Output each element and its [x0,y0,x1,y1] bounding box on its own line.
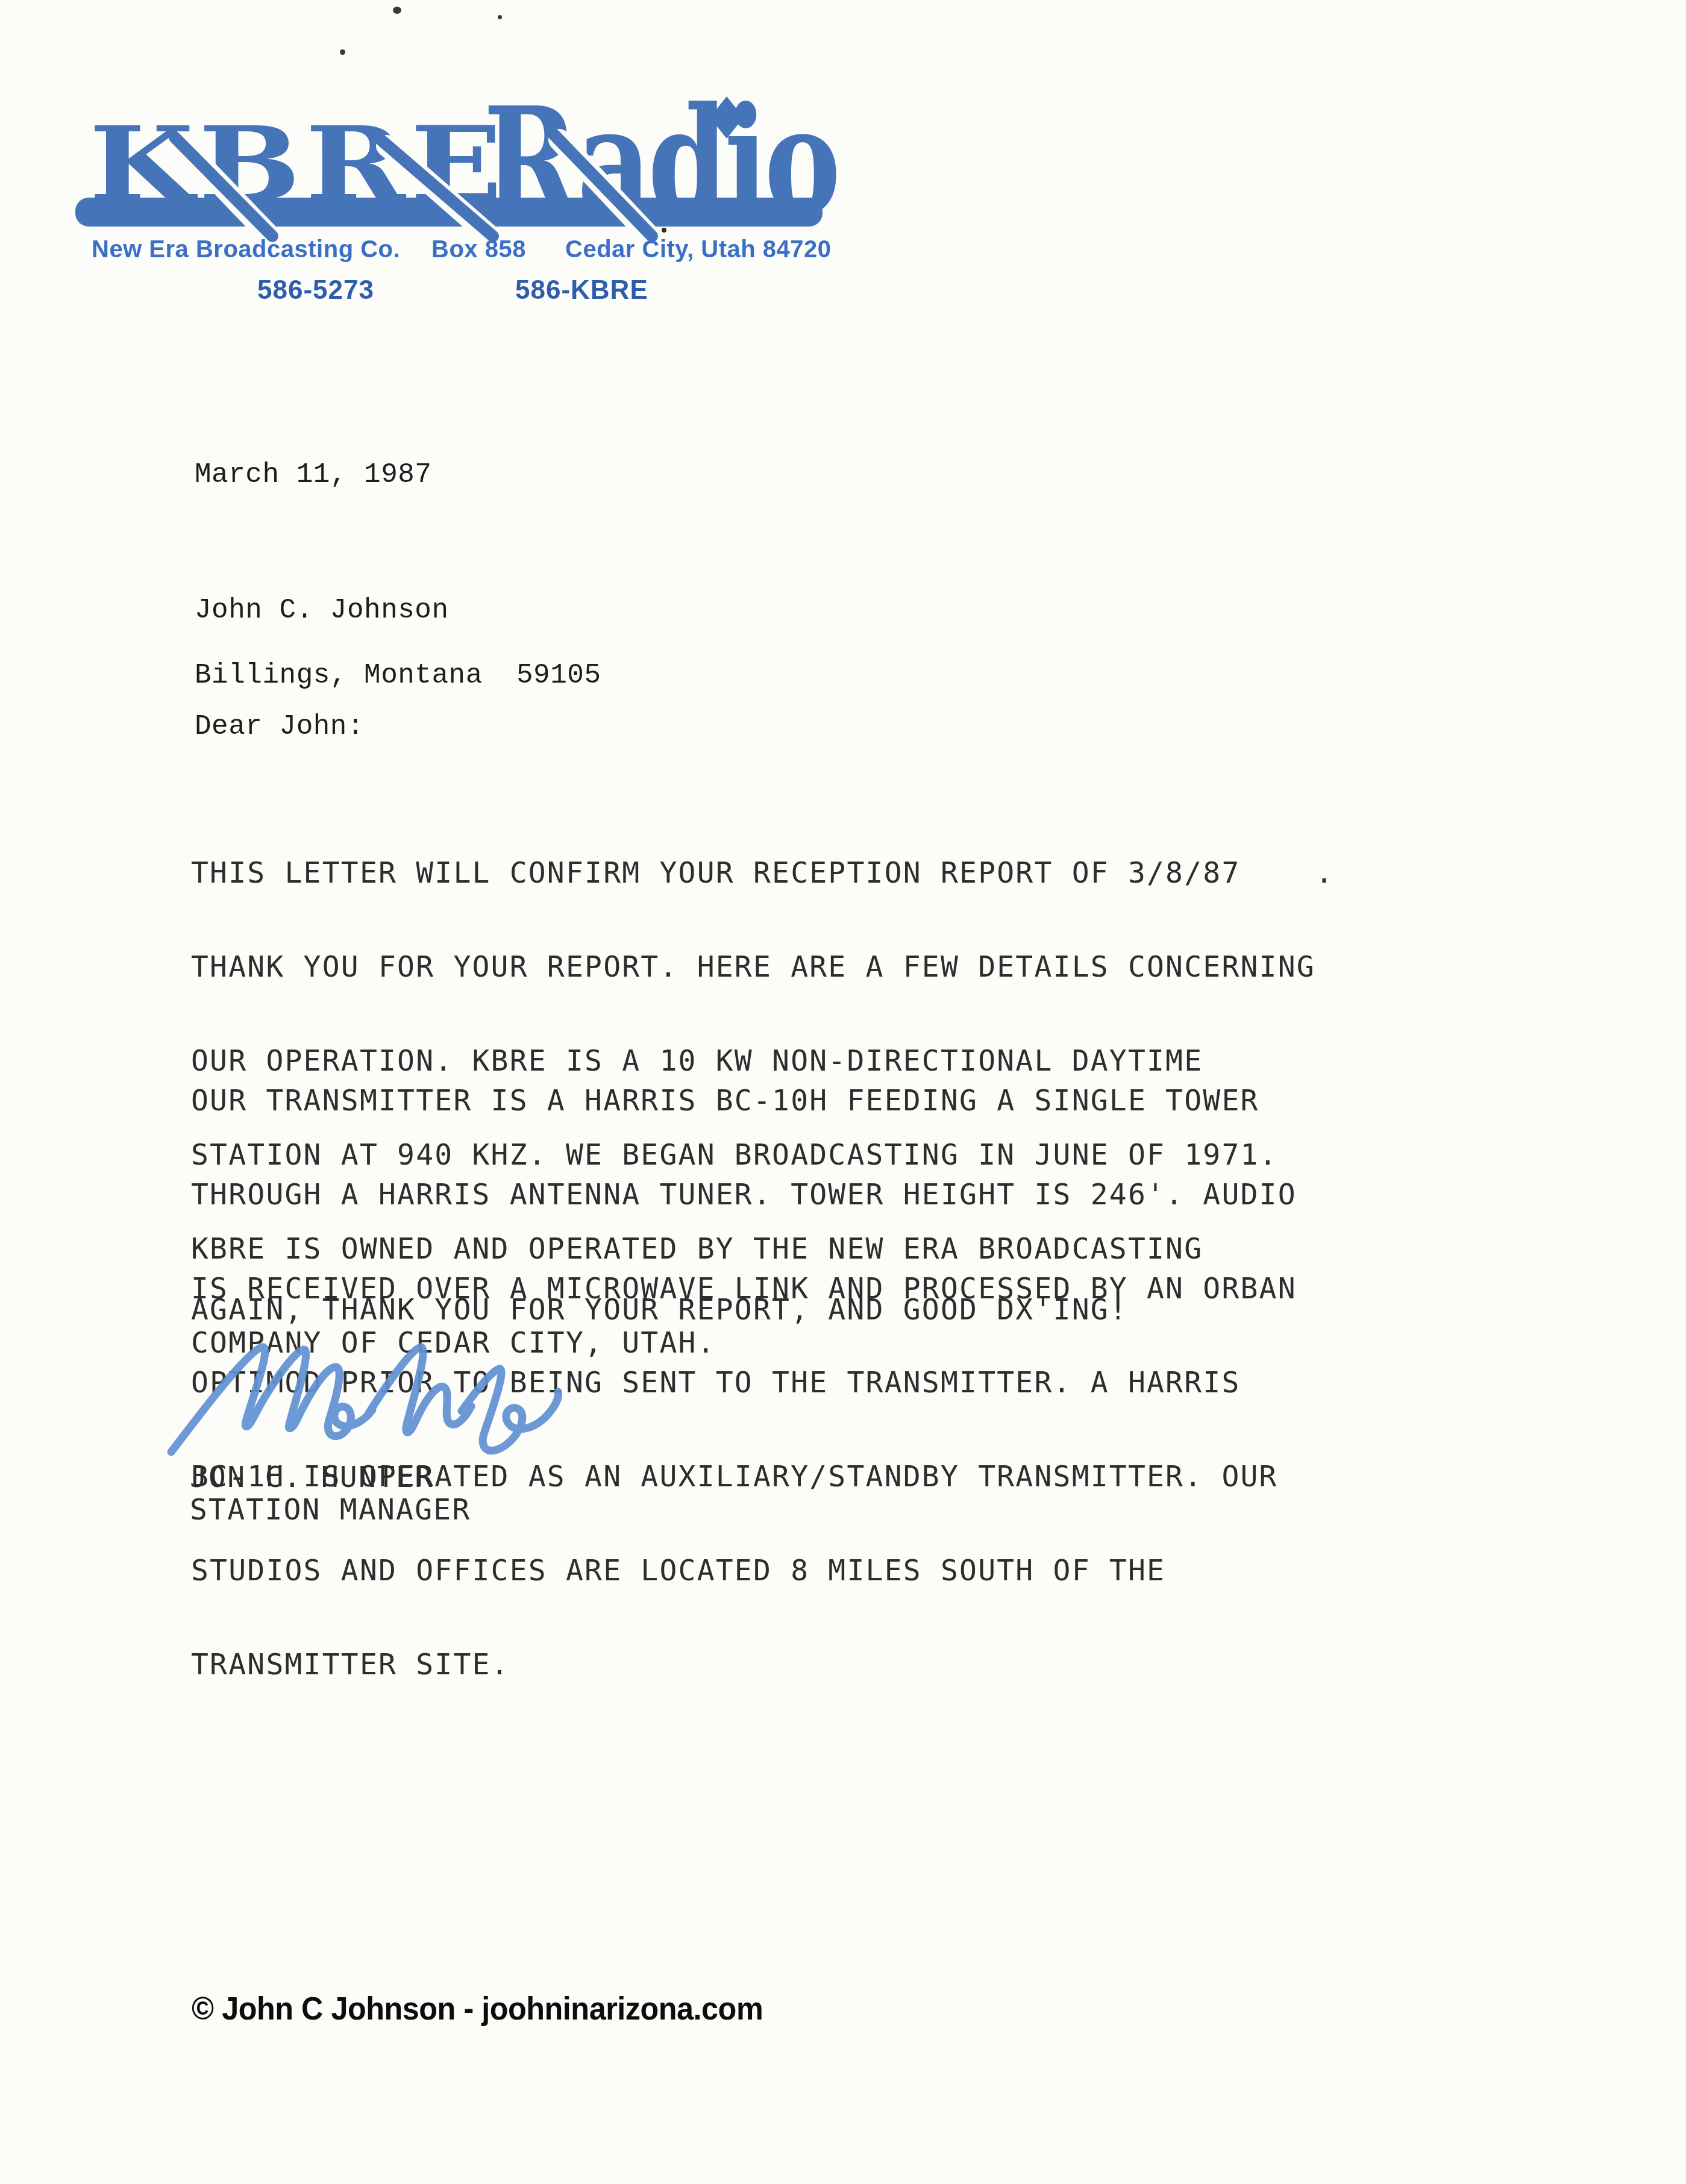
scan-speck [340,49,345,55]
salutation: Dear John: [195,712,364,742]
logo-underline-bar [75,198,823,227]
paragraph-2-line: TRANSMITTER SITE. [191,1649,1297,1680]
scan-speck [393,7,401,14]
copyright-watermark: © John C Johnson - joohninarizona.com [192,1991,763,2027]
letterhead-phone-local: 586-5273 [257,275,374,305]
letter-date: March 11, 1987 [195,460,431,490]
letter-page: KBRE Radio New Era Broadcasting Co. Box … [0,0,1686,2184]
scan-speck [662,228,666,233]
signer-title: STATION MANAGER [190,1494,471,1525]
paragraph-2-line: THROUGH A HARRIS ANTENNA TUNER. TOWER HE… [191,1179,1297,1210]
paragraph-1-line: THIS LETTER WILL CONFIRM YOUR RECEPTION … [191,857,1334,889]
paragraph-1-line: THANK YOU FOR YOUR REPORT. HERE ARE A FE… [191,951,1334,983]
closing-line: AGAIN, THANK YOU FOR YOUR REPORT, AND GO… [191,1294,1128,1325]
scan-speck [498,15,502,19]
signature-scrawl-icon [160,1339,576,1462]
paragraph-2-line: OUR TRANSMITTER IS A HARRIS BC-10H FEEDI… [191,1085,1297,1116]
letterhead-po-box: Box 858 [431,236,526,263]
paragraph-2-line: STUDIOS AND OFFICES ARE LOCATED 8 MILES … [191,1555,1297,1586]
letterhead-company: New Era Broadcasting Co. [92,236,400,263]
signer-name: JON C. HUNTER [190,1462,433,1493]
recipient-name: John C. Johnson [195,595,449,625]
letterhead-phone-station: 586-KBRE [515,275,648,305]
recipient-location: Billings, Montana 59105 [195,660,601,690]
letterhead-city-state-zip: Cedar City, Utah 84720 [565,236,832,263]
